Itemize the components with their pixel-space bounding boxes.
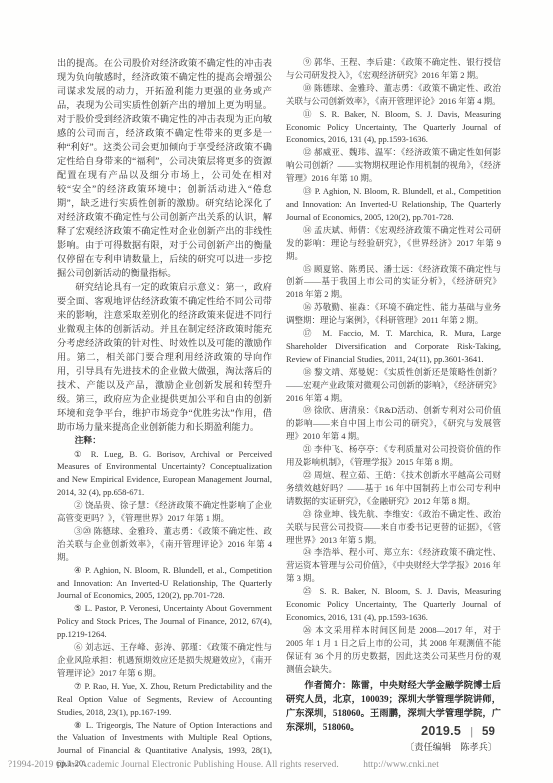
left-column: 出的提高。在公司股价对经济政策不确定性的冲击表现为负向敏感时，经济政策不确定性的… bbox=[57, 56, 272, 770]
note-item: ㉔ 李浩举、程小可、郑立东：《经济政策不确定性、营运资本管理与公司价值》，《中央… bbox=[286, 546, 501, 585]
note-item: ⑮ 顾夏铭、陈勇民、潘士远：《经济政策不确定性与创新——基于我国上市公司的实证分… bbox=[286, 263, 501, 302]
note-item: ⑰ M. Faccio, M. T. Marchica, R. Mura, La… bbox=[286, 327, 501, 366]
note-item: ① R. Lueg, B. G. Borisov, Archival or Pe… bbox=[57, 448, 272, 500]
note-item: ⑫ 郝威亚、魏玮、温军：《经济政策不确定性如何影响公司创新？——实物期权理论作用… bbox=[286, 146, 501, 185]
note-item: ⑭ 孟庆斌、师倩：《宏观经济政策不确定性对公司研发的影响：理论与经验研究》，《世… bbox=[286, 224, 501, 263]
note-item: ⑤ L. Pastor, P. Veronesi, Uncertainty Ab… bbox=[57, 602, 272, 641]
body-paragraph: 研究结论具有一定的政策启示意义：第一，政府要全面、客观地评估经济政策不确定性给不… bbox=[57, 280, 272, 434]
note-item: ⑪ S. R. Baker, N. Bloom, S. J. Davis, Me… bbox=[286, 108, 501, 147]
note-item: ④ P. Aghion, N. Bloom, R. Blundell, et a… bbox=[57, 564, 272, 603]
page-number: 2019.5 | 59 bbox=[398, 724, 518, 738]
page-number-separator: | bbox=[470, 726, 473, 738]
page-content: 出的提高。在公司股价对经济政策不确定性的冲击表现为负向敏感时，经济政策不确定性的… bbox=[57, 56, 501, 770]
copyright-footer: ?1994-2019 China Academic Journal Electr… bbox=[8, 759, 545, 771]
copyright-text: ?1994-2019 China Academic Journal Electr… bbox=[8, 760, 339, 770]
note-item: ㉕ S. R. Baker, N. Bloom, S. J. Davis, Me… bbox=[286, 585, 501, 624]
note-item: ③⑳ 陈德球、金雅玲、董志勇：《政策不确定性、政治关联与企业创新效率》，《南开管… bbox=[57, 525, 272, 564]
editor-credit: 〔责任编辑 陈孝兵〕 bbox=[286, 740, 501, 754]
journal-issue: 2019.5 bbox=[421, 724, 461, 738]
note-item: ⑩ 陈德球、金雅玲、董志勇：《政策不确定性、政治关联与公司创新效率》，《南开管理… bbox=[286, 82, 501, 108]
note-item: ㉑ 李仲飞、杨亭亭：《专利质量对公司投资价值的作用及影响机制》，《管理学报》20… bbox=[286, 443, 501, 469]
note-item: ⑬ P. Aghion, N. Bloom, R. Blundell, et a… bbox=[286, 185, 501, 224]
notes-heading: 注释： bbox=[57, 434, 272, 448]
note-item: ⑯ 苏敬勤、崔淼：《环境不确定性、能力基础与业务调整期：理论与案例》，《科研管理… bbox=[286, 301, 501, 327]
right-column: ⑨ 郭华、王程、李后建：《政策不确定性、银行授信与公司研发投入》，《宏观经济研究… bbox=[286, 56, 501, 770]
note-item: ⑲ 徐欣、唐清泉：《R&D活动、创新专利对公司价值的影响——来自中国上市公司的研… bbox=[286, 404, 501, 443]
note-item: ㉒ 周煊、程立茹、王皓：《技术创新水平越高公司财务绩效越好吗？——基于 16 年… bbox=[286, 469, 501, 508]
note-item: ⑱ 黎文靖、郑曼妮：《实质性创新还是策略性创新？——宏观产业政策对微观公司创新的… bbox=[286, 366, 501, 405]
note-item: ⑥ 刘志远、王存峰、彭涛、郭瑾：《政策不确定性与企业风险承担：机遇预期效应还是损… bbox=[57, 641, 272, 680]
cnki-url: http://www.cnki.net bbox=[363, 760, 439, 770]
journal-page: 出的提高。在公司股价对经济政策不确定性的冲击表现为负向敏感时，经济政策不确定性的… bbox=[0, 0, 553, 783]
note-item: ㉖ 本文采用样本时间区间是 2008—2017 年，对于 2005 年 1 月 … bbox=[286, 624, 501, 676]
note-item: ② 饶品贵、徐子慧：《经济政策不确定性影响了企业高管变更吗？》，《管理世界》20… bbox=[57, 499, 272, 525]
note-item: ⑦ P. Rao, H. Yue, X. Zhou, Return Predic… bbox=[57, 680, 272, 719]
body-paragraph: 出的提高。在公司股价对经济政策不确定性的冲击表现为负向敏感时，经济政策不确定性的… bbox=[57, 56, 272, 280]
page-number-value: 59 bbox=[482, 726, 495, 738]
note-item: ⑨ 郭华、王程、李后建：《政策不确定性、银行授信与公司研发投入》，《宏观经济研究… bbox=[286, 56, 501, 82]
note-item: ㉓ 徐业坤、钱先航、李维安：《政治不确定性、政治关联与民营公司投资——来自市委书… bbox=[286, 508, 501, 547]
